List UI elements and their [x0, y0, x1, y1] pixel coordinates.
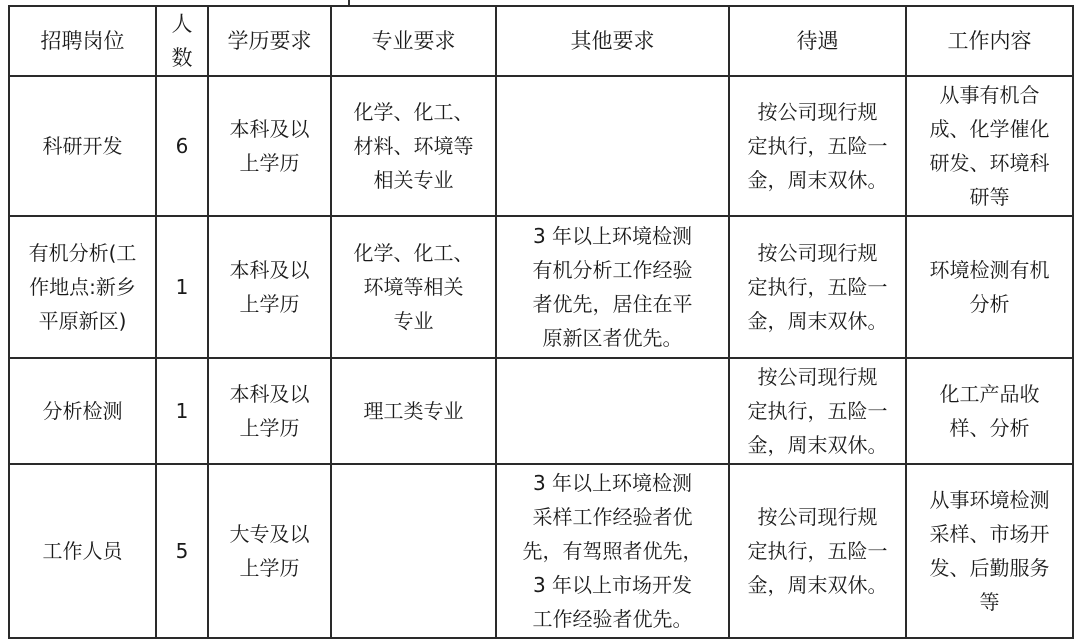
- cell-position: 科研开发: [9, 76, 156, 216]
- cell-line: 3 年以上环境检测: [505, 466, 720, 500]
- cell-count: 1: [156, 358, 208, 464]
- cell-position: 分析检测: [9, 358, 156, 464]
- cell-line: 从事环境检测: [915, 483, 1064, 517]
- cell-major: 理工类专业: [331, 358, 496, 464]
- cell-line: 等: [915, 585, 1064, 619]
- cell-line: 专业: [340, 304, 487, 338]
- cell-count: 6: [156, 76, 208, 216]
- table-row: 有机分析(工作地点:新乡平原新区)1本科及以上学历化学、化工、环境等相关专业3 …: [9, 216, 1073, 358]
- cell-line: 定执行，五险一: [738, 394, 897, 428]
- cell-education: 大专及以上学历: [208, 464, 331, 638]
- cell-line: 环境检测有机: [915, 253, 1064, 287]
- header-education: 学历要求: [208, 6, 331, 76]
- cell-line: 本科及以: [217, 377, 322, 411]
- cell-line: 原新区者优先。: [505, 321, 720, 355]
- cell-other: [496, 358, 729, 464]
- cell-line: 环境等相关: [340, 270, 487, 304]
- header-benefits: 待遇: [729, 6, 906, 76]
- cell-line: 样、分析: [915, 411, 1064, 445]
- cell-line: 有机分析(工: [18, 236, 147, 270]
- cell-major: [331, 464, 496, 638]
- cell-major: 化学、化工、材料、环境等相关专业: [331, 76, 496, 216]
- cell-line: 定执行，五险一: [738, 534, 897, 568]
- cell-line: 科研开发: [18, 129, 147, 163]
- cell-education: 本科及以上学历: [208, 76, 331, 216]
- cell-major: 化学、化工、环境等相关专业: [331, 216, 496, 358]
- cell-education: 本科及以上学历: [208, 216, 331, 358]
- cell-other: [496, 76, 729, 216]
- cell-line: 分析检测: [18, 394, 147, 428]
- cell-duties: 环境检测有机分析: [906, 216, 1073, 358]
- cell-line: 上学历: [217, 551, 322, 585]
- cell-line: 上学历: [217, 146, 322, 180]
- header-duties: 工作内容: [906, 6, 1073, 76]
- header-count: 人 数: [156, 6, 208, 76]
- cell-line: 本科及以: [217, 253, 322, 287]
- recruitment-table: 招聘岗位 人 数 学历要求 专业要求 其他要求 待遇 工作内容 科研开发6本科及…: [8, 5, 1074, 639]
- cell-line: 理工类专业: [340, 394, 487, 428]
- cell-line: 材料、环境等: [340, 129, 487, 163]
- cell-line: 金，周末双休。: [738, 304, 897, 338]
- table-row: 分析检测1本科及以上学历理工类专业按公司现行规定执行，五险一金，周末双休。化工产…: [9, 358, 1073, 464]
- cell-duties: 从事环境检测采样、市场开发、后勤服务等: [906, 464, 1073, 638]
- cell-line: 大专及以: [217, 517, 322, 551]
- cell-other: 3 年以上环境检测采样工作经验者优先，有驾照者优先，3 年以上市场开发工作经验者…: [496, 464, 729, 638]
- cell-line: 分析: [915, 287, 1064, 321]
- cell-line: 工作经验者优先。: [505, 602, 720, 636]
- cell-line: 定执行，五险一: [738, 129, 897, 163]
- cell-line: 成、化学催化: [915, 112, 1064, 146]
- header-row: 招聘岗位 人 数 学历要求 专业要求 其他要求 待遇 工作内容: [9, 6, 1073, 76]
- cell-line: 上学历: [217, 411, 322, 445]
- header-other: 其他要求: [496, 6, 729, 76]
- cell-line: 从事有机合: [915, 78, 1064, 112]
- cell-position: 工作人员: [9, 464, 156, 638]
- cell-line: 相关专业: [340, 163, 487, 197]
- cell-line: 采样、市场开: [915, 517, 1064, 551]
- header-count-line: 数: [165, 41, 199, 75]
- cell-line: 本科及以: [217, 112, 322, 146]
- cell-line: 研发、环境科: [915, 146, 1064, 180]
- table-row: 科研开发6本科及以上学历化学、化工、材料、环境等相关专业按公司现行规定执行，五险…: [9, 76, 1073, 216]
- cell-line: 按公司现行规: [738, 360, 897, 394]
- header-major: 专业要求: [331, 6, 496, 76]
- header-count-line: 人: [165, 7, 199, 41]
- cell-line: 按公司现行规: [738, 500, 897, 534]
- cell-benefits: 按公司现行规定执行，五险一金，周末双休。: [729, 464, 906, 638]
- cell-benefits: 按公司现行规定执行，五险一金，周末双休。: [729, 76, 906, 216]
- cell-line: 发、后勤服务: [915, 551, 1064, 585]
- cell-line: 先，有驾照者优先，: [505, 534, 720, 568]
- cell-line: 工作人员: [18, 534, 147, 568]
- cell-line: 按公司现行规: [738, 95, 897, 129]
- cell-position: 有机分析(工作地点:新乡平原新区): [9, 216, 156, 358]
- cell-line: 3 年以上环境检测: [505, 219, 720, 253]
- cell-line: 按公司现行规: [738, 236, 897, 270]
- cell-line: 化学、化工、: [340, 95, 487, 129]
- cell-line: 化学、化工、: [340, 236, 487, 270]
- cell-line: 金，周末双休。: [738, 163, 897, 197]
- cell-line: 金，周末双休。: [738, 568, 897, 602]
- cell-benefits: 按公司现行规定执行，五险一金，周末双休。: [729, 216, 906, 358]
- cell-line: 者优先，居住在平: [505, 287, 720, 321]
- cell-line: 化工产品收: [915, 377, 1064, 411]
- cell-line: 平原新区): [18, 304, 147, 338]
- cell-line: 定执行，五险一: [738, 270, 897, 304]
- cell-line: 采样工作经验者优: [505, 500, 720, 534]
- cell-duties: 从事有机合成、化学催化研发、环境科研等: [906, 76, 1073, 216]
- cell-duties: 化工产品收样、分析: [906, 358, 1073, 464]
- cell-education: 本科及以上学历: [208, 358, 331, 464]
- cell-benefits: 按公司现行规定执行，五险一金，周末双休。: [729, 358, 906, 464]
- cell-count: 1: [156, 216, 208, 358]
- table-row: 工作人员5大专及以上学历3 年以上环境检测采样工作经验者优先，有驾照者优先，3 …: [9, 464, 1073, 638]
- cell-line: 3 年以上市场开发: [505, 568, 720, 602]
- cell-line: 上学历: [217, 287, 322, 321]
- cell-line: 有机分析工作经验: [505, 253, 720, 287]
- cell-line: 研等: [915, 180, 1064, 214]
- cell-line: 金，周末双休。: [738, 428, 897, 462]
- header-position: 招聘岗位: [9, 6, 156, 76]
- cell-line: 作地点:新乡: [18, 270, 147, 304]
- cell-other: 3 年以上环境检测有机分析工作经验者优先，居住在平原新区者优先。: [496, 216, 729, 358]
- cell-count: 5: [156, 464, 208, 638]
